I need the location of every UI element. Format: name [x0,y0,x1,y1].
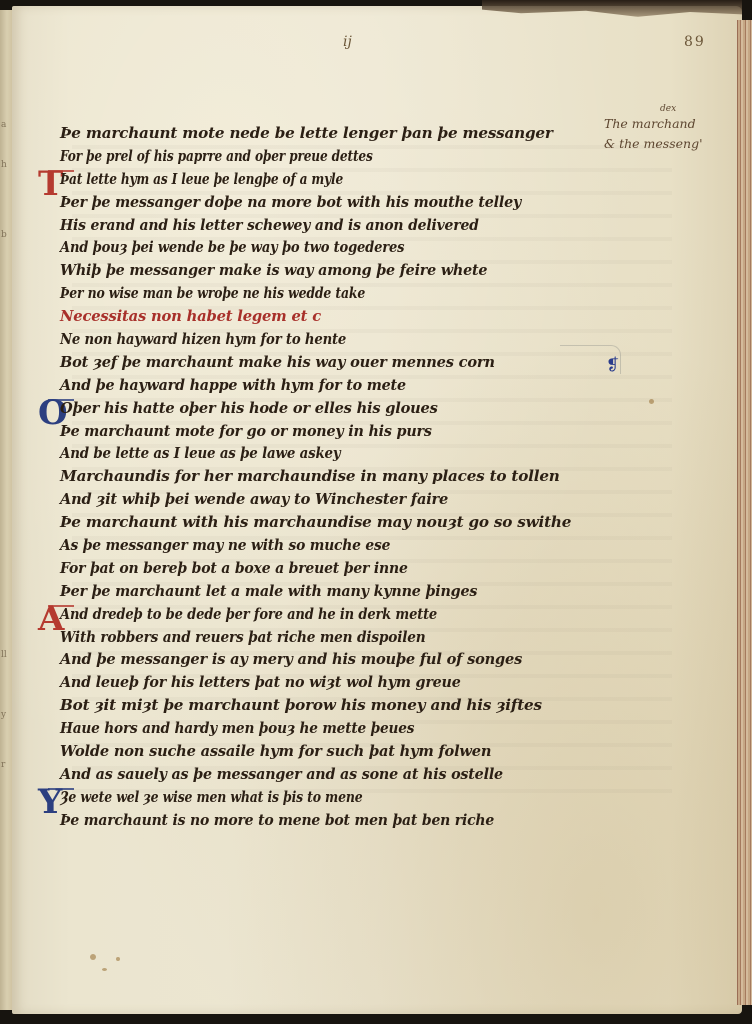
text-line-31: Þe marchaunt is no more to mene bot men … [60,809,612,832]
stacked-page-edges [737,20,752,1005]
text-line-21: Þer þe marchaunt let a male with many ky… [60,580,624,603]
text-line-7: Whiþ þe messanger make is way among þe f… [60,259,624,282]
text-line-19: As þe messanger may ne with so muche ese [60,534,606,557]
text-line-5: His erand and his letter schewey and is … [60,214,612,237]
text-line-8: Þer no wise man be wroþe ne his wedde ta… [60,282,552,305]
text-line-6: And þouȝ þei wende be þe way þo two toge… [60,236,576,259]
text-line-29: And as sauely as þe messanger and as son… [60,763,624,786]
text-line-28: Wolde non suche assaile hym for such þat… [60,740,636,763]
text-line-2: For þe prel of his paprre and oþer preue… [60,145,540,168]
text-line-16: Marchaundis for her marchaundise in many… [60,465,660,488]
text-line-22-container: A And dredeþ to be dede þer fore and he … [60,603,660,626]
text-line-13-container: O Oþer his hatte oþer his hode or elles … [60,397,660,420]
text-line-20: For þat on bereþ bot a boxe a breuet þer… [60,557,612,580]
gutter-letter: r [1,760,5,770]
text-line-17: And ȝit whiþ þei wende away to Wincheste… [60,488,636,511]
gutter-letter: y [1,710,6,720]
stain [102,968,107,971]
gutter-letter: b [1,230,7,240]
folio-number: 89 [684,34,706,50]
gutter-letter: a [1,120,6,130]
text-line-24: And þe messanger is ay mery and his mouþ… [60,648,636,671]
margin-note-top: dex [604,104,744,114]
manuscript-viewport: a h b ll y r ij 89 dex The marchand & th… [0,0,752,1024]
quire-signature: ij [343,34,352,50]
text-line-4: Þer þe messanger doþe na more bot with h… [60,191,624,214]
gutter-letter: h [1,160,7,170]
rubric-line: Necessitas non habet legem et c [60,305,642,328]
text-line-30: Ȝe wete wel ȝe wise men what is þis to m… [60,786,362,809]
red-initial-icon: T [38,164,56,204]
text-line-11: Bot ȝef þe marchaunt make his way ouer m… [60,351,636,374]
main-text-block: Þe marchaunt mote nede be lette lenger þ… [60,122,660,832]
stain [116,957,120,961]
blue-initial-icon: Y [38,782,56,822]
text-line-25: And leueþ for his letters þat no wiȝt wo… [60,671,624,694]
text-line-22: And dredeþ to be dede þer fore and he in… [60,603,437,626]
blue-initial-icon: O [38,393,56,433]
text-line-3-container: T Þat lette hym as I leue þe lengþe of a… [60,168,660,191]
text-line-10: Ne non hayward hizen hym for to hente [60,328,582,351]
red-initial-icon: A [38,599,56,639]
text-line-23: With robbers and reuers þat riche men di… [60,626,600,649]
text-line-26: Bot ȝit miȝt þe marchaunt þorow his mone… [60,694,660,717]
gutter-letter: ll [1,650,7,660]
text-line-18: Þe marchaunt with his marchaundise may n… [60,511,660,534]
stain [90,954,96,960]
text-line-3: Þat lette hym as I leue þe lengþe of a m… [60,168,343,191]
text-line-27: Haue hors and hardy men þouȝ he mette þe… [60,717,600,740]
text-line-15: And be lette as I leue as þe lawe askey [60,442,588,465]
text-line-12: And þe hayward happe with hym for to met… [60,374,624,397]
text-line-13: Oþer his hatte oþer his hode or elles hi… [60,397,438,420]
text-line-30-container: Y Ȝe wete wel ȝe wise men what is þis to… [60,786,660,809]
text-line-14: Þe marchaunt mote for go or money in his… [60,420,624,443]
text-line-1: Þe marchaunt mote nede be lette lenger þ… [60,122,660,145]
